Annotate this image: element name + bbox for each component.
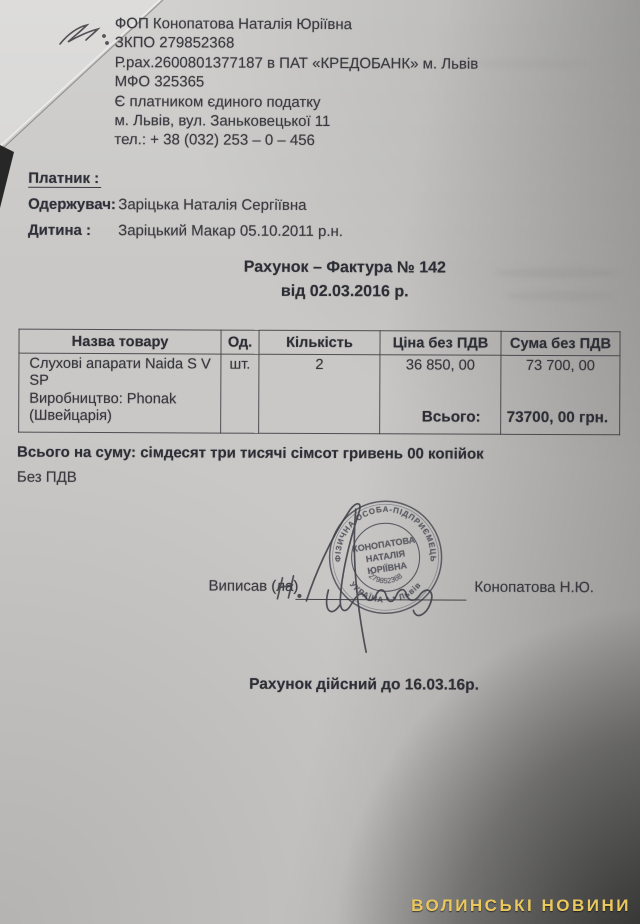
invoice-title: Рахунок – Фактура № 142 (105, 258, 585, 278)
recipient-label: Одержувач: (28, 196, 114, 213)
supplier-block: ФОП Конопатова Наталія Юріївна ЗКПО 2798… (114, 14, 555, 152)
col-header-name: Назва товару (19, 329, 221, 354)
invoice-date: від 02.03.2016 р. (105, 282, 585, 302)
supplier-address: м. Львів, вул. Заньковецької 11 (114, 111, 554, 132)
vat-note: Без ПДВ (17, 469, 77, 486)
amount-in-words: Всього на суму: сімдесят три тисячі сімс… (17, 444, 484, 463)
issuer-name: Конопатова Н.Ю. (474, 579, 594, 597)
child-name: Заріцький Макар 05.10.2011 р.н. (118, 222, 343, 240)
total-value: 73700, 00 грн. (507, 409, 609, 426)
table-header-row: Назва товару Од. Кількість Ціна без ПДВ … (19, 329, 620, 356)
supplier-name: ФОП Конопатова Наталія Юріївна (115, 14, 555, 35)
validity-note: Рахунок дійсний до 16.03.16р. (169, 675, 559, 695)
total-label: Всього: (422, 408, 481, 425)
photographed-invoice: ФОП Конопатова Наталія Юріївна ЗКПО 2798… (0, 0, 640, 924)
invoice-title-block: Рахунок – Фактура № 142 від 02.03.2016 р… (105, 258, 585, 302)
col-header-qty: Кількість (259, 330, 380, 355)
child-row: Дитина : Заріцький Макар 05.10.2011 р.н. (28, 222, 343, 240)
col-header-price: Ціна без ПДВ (380, 331, 501, 356)
recipient-name: Заріцька Наталія Сергіївна (118, 196, 306, 214)
supplier-tax-status: Є платником єдиного податку (115, 92, 555, 113)
payer-section-label: Платник : (28, 170, 101, 187)
invoice-document: ФОП Конопатова Наталія Юріївна ЗКПО 2798… (0, 0, 640, 924)
recipient-row: Одержувач: Заріцька Наталія Сергіївна (28, 196, 306, 214)
round-stamp: ФІЗИЧНА ОСОБА-ПІДПРИЄМЕЦЬ УКРАЇНА * * Ль… (295, 479, 476, 638)
total-line: Всього:73700, 00 грн. (18, 407, 608, 428)
supplier-zkpo: ЗКПО 279852368 (115, 34, 555, 55)
news-site-watermark: ВОЛИНСЬКІ НОВИНИ (411, 896, 631, 916)
child-label: Дитина : (28, 222, 114, 239)
col-header-sum: Сума без ПДВ (501, 331, 620, 356)
supplier-phone: тел.: + 38 (032) 253 – 0 – 456 (114, 131, 554, 152)
issued-by-label: Виписав (ла) (208, 578, 298, 595)
supplier-bank-account: Р.рах.2600801377187 в ПАТ «КРЕДОБАНК» м.… (115, 53, 555, 74)
col-header-unit: Од. (221, 330, 259, 354)
supplier-mfo: МФО 325365 (115, 72, 555, 93)
